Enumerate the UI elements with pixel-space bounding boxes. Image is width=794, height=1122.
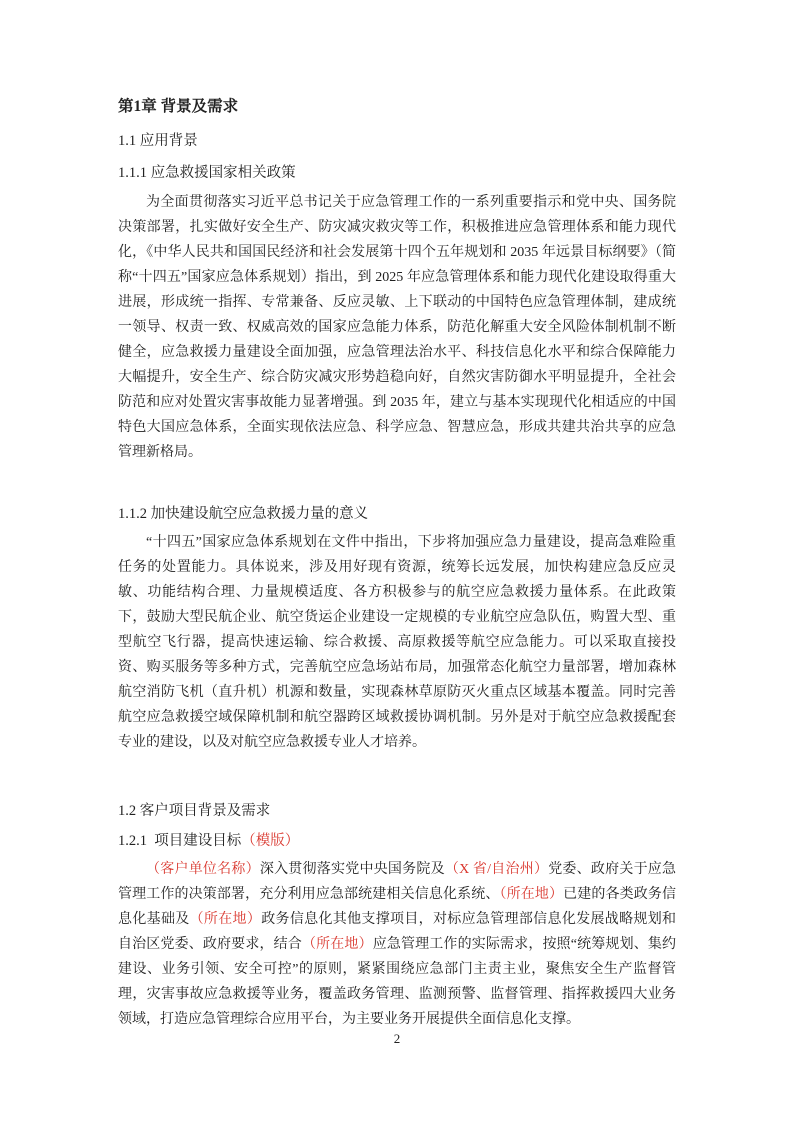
paragraph-project-goal: （客户单位名称）深入贯彻落实党中央国务院及（X 省/自治州）党委、政府关于应急管…: [118, 857, 676, 1032]
paragraph-national-policy: 为全面贯彻落实习近平总书记关于应急管理工作的一系列重要指示和党中央、国务院决策部…: [118, 190, 676, 465]
paragraph-aviation-rescue: “十四五”国家应急体系规划在文件中指出，下步将加强应急力量建设，提高急难险重任务…: [118, 530, 676, 755]
heading-1-1: 1.1 应用背景: [118, 130, 676, 152]
template-placeholder-red: （客户单位名称）: [146, 862, 260, 877]
document-page: 第1章 背景及需求 1.1 应用背景 1.1.1 应急救援国家相关政策 为全面贯…: [0, 0, 794, 1122]
template-placeholder-red: （所在地）: [499, 887, 563, 902]
heading-1-1-1: 1.1.1 应急救援国家相关政策: [118, 162, 676, 184]
heading-1-2-1-text: 1.2.1 项目建设目标: [118, 833, 241, 849]
heading-1-2-1: 1.2.1 项目建设目标（模版）: [118, 830, 676, 852]
heading-1-2: 1.2 客户项目背景及需求: [118, 800, 676, 822]
page-number-footer: 2: [0, 1030, 794, 1048]
template-placeholder-red: （所在地）: [190, 912, 262, 927]
template-placeholder-red: （所在地）: [302, 937, 373, 952]
chapter-heading: 第1章 背景及需求: [118, 96, 676, 118]
heading-1-1-2: 1.1.2 加快建设航空应急救援力量的意义: [118, 503, 676, 525]
body-text-segment: 深入贯彻落实党中央国务院及: [260, 862, 445, 877]
template-placeholder-red: （X 省/自治州）: [445, 862, 548, 877]
template-placeholder-red: （模版）: [241, 833, 299, 849]
